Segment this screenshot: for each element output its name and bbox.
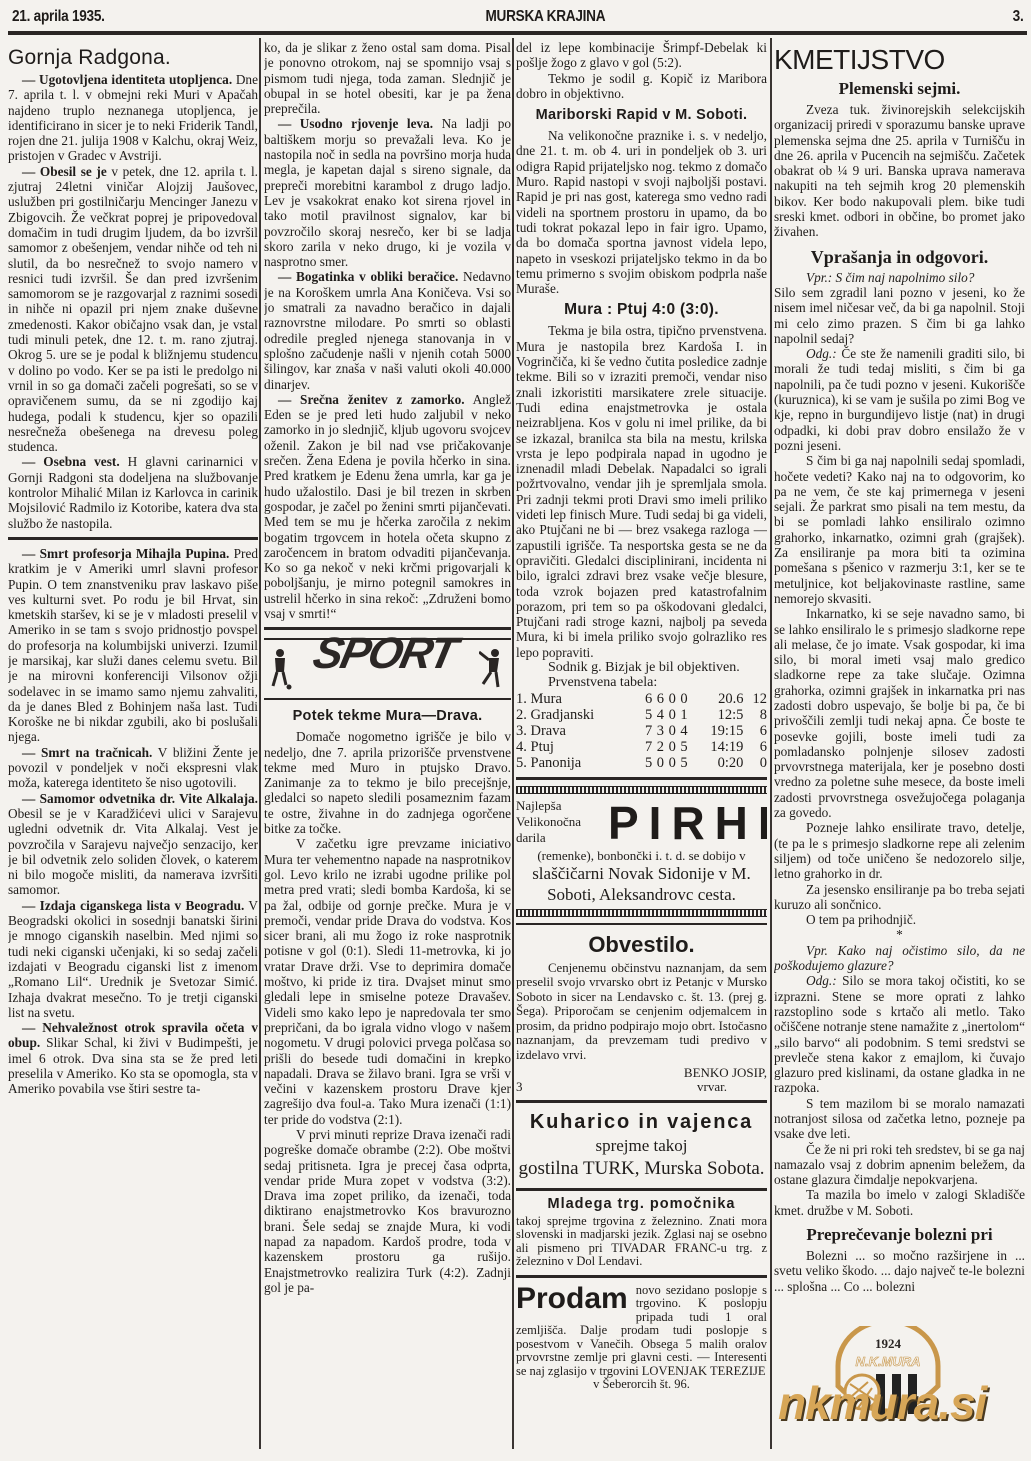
sejmi-body: Zveza tuk. živinorejskih selekcijskih or…: [774, 102, 1025, 240]
article-body: Nedavno je na Koroškem umrla Ana Koničev…: [264, 269, 511, 391]
table-cell: 5: [643, 755, 655, 771]
article-heading: — Usodno rjovenje leva.: [278, 116, 433, 131]
column-3: del iz lepe kombinacije Šrimpf-Debelak k…: [516, 40, 767, 1453]
ad-mladega-heading: Mladega trg. pomočnika: [516, 1197, 767, 1212]
table-cell: 1. Mura: [516, 691, 643, 707]
newspaper-page: 21. aprila 1935. MURSKA KRAJINA 3. Gornj…: [0, 0, 1031, 1461]
table-cell: 4: [655, 707, 667, 723]
column-divider: [512, 38, 514, 1449]
signature-name: BENKO JOSIP,: [684, 1066, 767, 1080]
table-cell: 0: [666, 739, 678, 755]
section-title-gornja-radgona: Gornja Radgona.: [8, 44, 258, 72]
ad-mladega-body: takoj sprejme trgovina z železnino. Znat…: [516, 1215, 767, 1269]
question-2: Vpr. Kako naj očistimo silo, da ne poško…: [774, 943, 1025, 974]
match-paragraph: Domače nogometno igrišče je bilo v nedel…: [264, 729, 511, 836]
table-cell: 0: [666, 755, 678, 771]
match-paragraph: V začetku igre prevzame iniciativo Mura …: [264, 836, 511, 1127]
table-cell: 6: [743, 723, 767, 739]
svg-text:N.K.MURA: N.K.MURA: [856, 1354, 921, 1369]
answer-paragraph: S čim bi ga naj napolnili sedaj spomladi…: [774, 453, 1025, 606]
table-row: 4. Ptuj720514:196: [516, 739, 767, 755]
ad-pirhe-line1: (remenke), bonbončki i. t. d. se dobijo …: [516, 848, 767, 863]
article-continuation: ko, da je slikar z ženo ostal sam doma. …: [264, 40, 511, 116]
article-heading: — Izdaja ciganskega lista v Beogradu.: [22, 898, 244, 913]
issue-date: 21. aprila 1935.: [12, 8, 105, 26]
ad-pirhe-title: PIRHE: [608, 798, 767, 848]
news-article: — Samomor odvetnika dr. Vite Alkalaja. O…: [8, 791, 258, 898]
article-heading: — Bogatinka v obliki beračice.: [278, 269, 458, 284]
rapid-body: Na velikonočne praznike i. s. v nedeljo,…: [516, 128, 767, 296]
ad-pirhe-tagline: Najlepša Velikonočna darila: [516, 798, 581, 846]
answer-1: Odg.: Če ste že namenili graditi silo, b…: [774, 346, 1025, 927]
article-heading: — Ugotovljena identiteta utopljenca.: [22, 72, 232, 87]
ad-pirhe-line2: slaščičarni Novak Sidonije v M.: [516, 863, 767, 884]
masthead: 21. aprila 1935. MURSKA KRAJINA 3.: [12, 6, 1024, 28]
question-1: S čim naj napolnimo silo?: [832, 270, 974, 285]
answer-2: Odg.: Silo se mora takoj očistiti, ko se…: [774, 973, 1025, 1218]
table-cell: 3: [655, 723, 667, 739]
article-body: Slikar Schal, ki živi v Budimpešti, je i…: [8, 1035, 258, 1096]
table-cell: 7: [643, 739, 655, 755]
section-title-kmetijstvo: KMETIJSTVO: [774, 44, 1025, 76]
watermark-text[interactable]: nkmura.si: [778, 1376, 986, 1430]
table-cell: 7: [643, 723, 655, 739]
table-cell: 8: [743, 707, 767, 723]
table-row: 1. Mura660020.612: [516, 691, 767, 707]
article-body: Obesil se je v Karadžićevi ulici v Saraj…: [8, 806, 258, 897]
article-heading: — Smrt na tračnicah.: [22, 745, 152, 760]
answer-paragraph: Odg.: Silo se mora takoj očistiti, ko se…: [774, 973, 1025, 1095]
match-paragraph: V prvi minuti reprize Drava izenači radi…: [264, 1127, 511, 1295]
bolezni-body: Bolezni ... so močno razširjene in ... s…: [774, 1248, 1025, 1294]
ad-border-stripe: [516, 786, 767, 794]
answer-paragraph: Pozneje lahko ensilirate travo, detelje,…: [774, 820, 1025, 881]
article-heading-bolezni: Preprečevanje bolezni pri: [774, 1224, 1025, 1246]
news-article: — Smrt profesorja Mihajla Pupina. Pred k…: [8, 546, 258, 745]
ad-pirhe-line3: Soboti, Aleksandrovc cesta.: [516, 884, 767, 905]
ad-pirhe: Najlepša Velikonočna darila PIRHE: [516, 798, 767, 848]
column-divider: [770, 38, 772, 1449]
table-row: 3. Drava730419:156: [516, 723, 767, 739]
column-divider: [259, 38, 261, 1449]
table-cell: 5: [643, 707, 655, 723]
table-cell: 6: [743, 739, 767, 755]
ad-obvestilo-heading: Obvestilo.: [516, 931, 767, 959]
divider: [516, 923, 767, 925]
news-article: — Izdaja ciganskega lista v Beogradu. V …: [8, 898, 258, 1020]
ad-kuharico-line2: gostilna TURK, Murska Sobota.: [516, 1156, 767, 1182]
news-article: — Smrt na tračnicah. V bližini Žente je …: [8, 745, 258, 791]
article-body: Anglež Eden se je pred leti hudo zaljubi…: [264, 392, 511, 621]
column-1-articles: — Ugotovljena identiteta utopljenca. Dne…: [8, 72, 258, 1097]
article-heading-rapid: Mariborski Rapid v M. Soboti.: [516, 105, 767, 125]
divider: [516, 777, 767, 780]
table-cell: 3. Drava: [516, 723, 643, 739]
table-cell: 14:19: [690, 739, 744, 755]
ad-obvestilo-body: Cenjenemu občinstvu naznanjam, da sem pr…: [516, 961, 767, 1063]
divider: [516, 1100, 767, 1103]
table-cell: 4: [678, 723, 690, 739]
divider: [516, 1275, 767, 1278]
newspaper-title: MURSKA KRAJINA: [485, 8, 605, 26]
referee-line: Tekmo je sodil g. Kopič iz Maribora dobr…: [516, 71, 767, 102]
table-cell: 1: [678, 707, 690, 723]
ad-kuharico-line1: sprejme takoj: [516, 1135, 767, 1156]
news-article: — Obesil se je v petek, dne 12. aprila t…: [8, 164, 258, 455]
match-report: Domače nogometno igrišče je bilo v nedel…: [264, 729, 511, 1295]
standings-title: Prvenstvena tabela:: [516, 675, 767, 690]
judge-line: Sodnik g. Bizjak je bil objektiven.: [516, 660, 767, 675]
table-cell: 0: [678, 691, 690, 707]
answer-label: Odg.:: [806, 346, 837, 361]
article-body: V Beogradski okolici in sosednji banatsk…: [8, 898, 258, 1020]
table-cell: 20.6: [690, 691, 744, 707]
table-cell: 5: [678, 755, 690, 771]
article-heading: — Samomor odvetnika dr. Vite Alkalaja.: [22, 791, 258, 806]
table-cell: 0: [666, 723, 678, 739]
article-body: v petek, dne 12. aprila t. l. zjutraj 24…: [8, 164, 258, 454]
column-4: KMETIJSTVO Plemenski sejmi. Zveza tuk. ž…: [774, 40, 1025, 1453]
divider: [8, 537, 258, 540]
answer-label: Odg.:: [806, 973, 837, 988]
question-1-body: Silo sem zgradil lani pozno v jeseni, ko…: [774, 285, 1025, 346]
ad-prodam: Prodam novo sezidano poslopje s trgovino…: [516, 1284, 767, 1392]
table-cell: 0: [743, 755, 767, 771]
article-body: Na ladji po baltiškem morju so prevažali…: [264, 116, 511, 269]
table-cell: 5. Panonija: [516, 755, 643, 771]
table-cell: 6: [655, 691, 667, 707]
article-heading: — Srečna ženitev z zamorko.: [278, 392, 465, 407]
page-number: 3.: [1013, 8, 1024, 26]
article-heading-sejmi: Plemenski sejmi.: [774, 78, 1025, 100]
news-article: — Srečna ženitev z zamorko. Anglež Eden …: [264, 392, 511, 621]
article-heading-ptuj: Mura : Ptuj 4:0 (3:0).: [516, 300, 767, 320]
answer-paragraph: Za jesensko ensiliranje pa bo treba seja…: [774, 882, 1025, 913]
table-cell: 19:15: [690, 723, 744, 739]
article-body: Pred kratkim je v Ameriki umrl slavni pr…: [8, 546, 258, 745]
signature-role: vrvar.: [684, 1080, 767, 1094]
table-row: 2. Gradjanski540112:58: [516, 707, 767, 723]
table-row: 5. Panonija50050:200: [516, 755, 767, 771]
masthead-rule: [8, 31, 1027, 35]
football-player-icon: [479, 648, 503, 690]
table-cell: 2. Gradjanski: [516, 707, 643, 723]
standings-table: 1. Mura660020.6122. Gradjanski540112:583…: [516, 691, 767, 771]
ad-kuharico-heading: Kuharico in vajenca: [516, 1109, 767, 1135]
column-2-articles: — Usodno rjovenje leva. Na ladji po balt…: [264, 116, 511, 621]
column-1: Gornja Radgona. — Ugotovljena identiteta…: [8, 40, 258, 1453]
svg-text:1924: 1924: [875, 1336, 902, 1351]
news-article: — Nehvaležnost otrok spravila očeta v ob…: [8, 1020, 258, 1096]
article-heading-qa: Vprašanja in odgovori.: [774, 246, 1025, 268]
table-cell: 0: [666, 691, 678, 707]
table-cell: 0: [666, 707, 678, 723]
table-cell: 0:20: [690, 755, 744, 771]
article-heading: — Smrt profesorja Mihajla Pupina.: [22, 546, 229, 561]
article-heading: — Obesil se je: [22, 164, 107, 179]
separator: *: [774, 927, 1025, 942]
table-cell: 12: [743, 691, 767, 707]
answer-paragraph: Inkarnatko, ki se seje navadno samo, bi …: [774, 606, 1025, 820]
table-cell: 6: [643, 691, 655, 707]
answer-paragraph: S tem mazilom bi se moralo namazati notr…: [774, 1096, 1025, 1142]
news-article: — Bogatinka v obliki beračice. Nedavno j…: [264, 269, 511, 391]
nkmura-watermark[interactable]: 1924 N.K.MURA nkmura.si: [770, 1326, 1031, 1461]
news-article: — Ugotovljena identiteta utopljenca. Dne…: [8, 72, 258, 164]
ad-number: 3: [516, 1080, 523, 1094]
divider: [516, 1188, 767, 1191]
answer-paragraph: O tem pa prihodnjič.: [774, 912, 1025, 927]
answer-paragraph: Ta mazila bo imelo v zalogi Skladišče km…: [774, 1187, 1025, 1218]
table-cell: 2: [655, 739, 667, 755]
article-heading: — Osebna vest.: [22, 454, 120, 469]
news-article: — Usodno rjovenje leva. Na ladji po balt…: [264, 116, 511, 269]
question-label: Vpr.:: [806, 270, 832, 285]
column-2: ko, da je slikar z ženo ostal sam doma. …: [264, 40, 511, 1453]
article-heading-mura-drava: Potek tekme Mura—Drava.: [264, 706, 511, 726]
table-cell: 4. Ptuj: [516, 739, 643, 755]
table-cell: 12:5: [690, 707, 744, 723]
football-player-icon: [268, 648, 292, 690]
ad-prodam-last: v Šeberorcih št. 96.: [516, 1378, 767, 1392]
ad-border-stripe: [516, 909, 767, 917]
table-cell: 5: [678, 739, 690, 755]
answer-paragraph: Odg.: Če ste že namenili graditi silo, b…: [774, 346, 1025, 453]
table-cell: 0: [655, 755, 667, 771]
sport-banner: SPORT: [264, 638, 511, 700]
article-continuation: del iz lepe kombinacije Šrimpf-Debelak k…: [516, 40, 767, 71]
ptuj-body: Tekma je bila ostra, tipično prvenstvena…: [516, 323, 767, 660]
news-article: — Osebna vest. H glavni carinarnici v Go…: [8, 454, 258, 530]
ad-prodam-heading: Prodam: [516, 1284, 628, 1314]
ad-obvestilo-signature: 3 BENKO JOSIP, vrvar.: [516, 1066, 767, 1094]
answer-paragraph: Če že ni pri roki teh sredstev, bi se ga…: [774, 1142, 1025, 1188]
sport-title: SPORT: [312, 646, 456, 661]
